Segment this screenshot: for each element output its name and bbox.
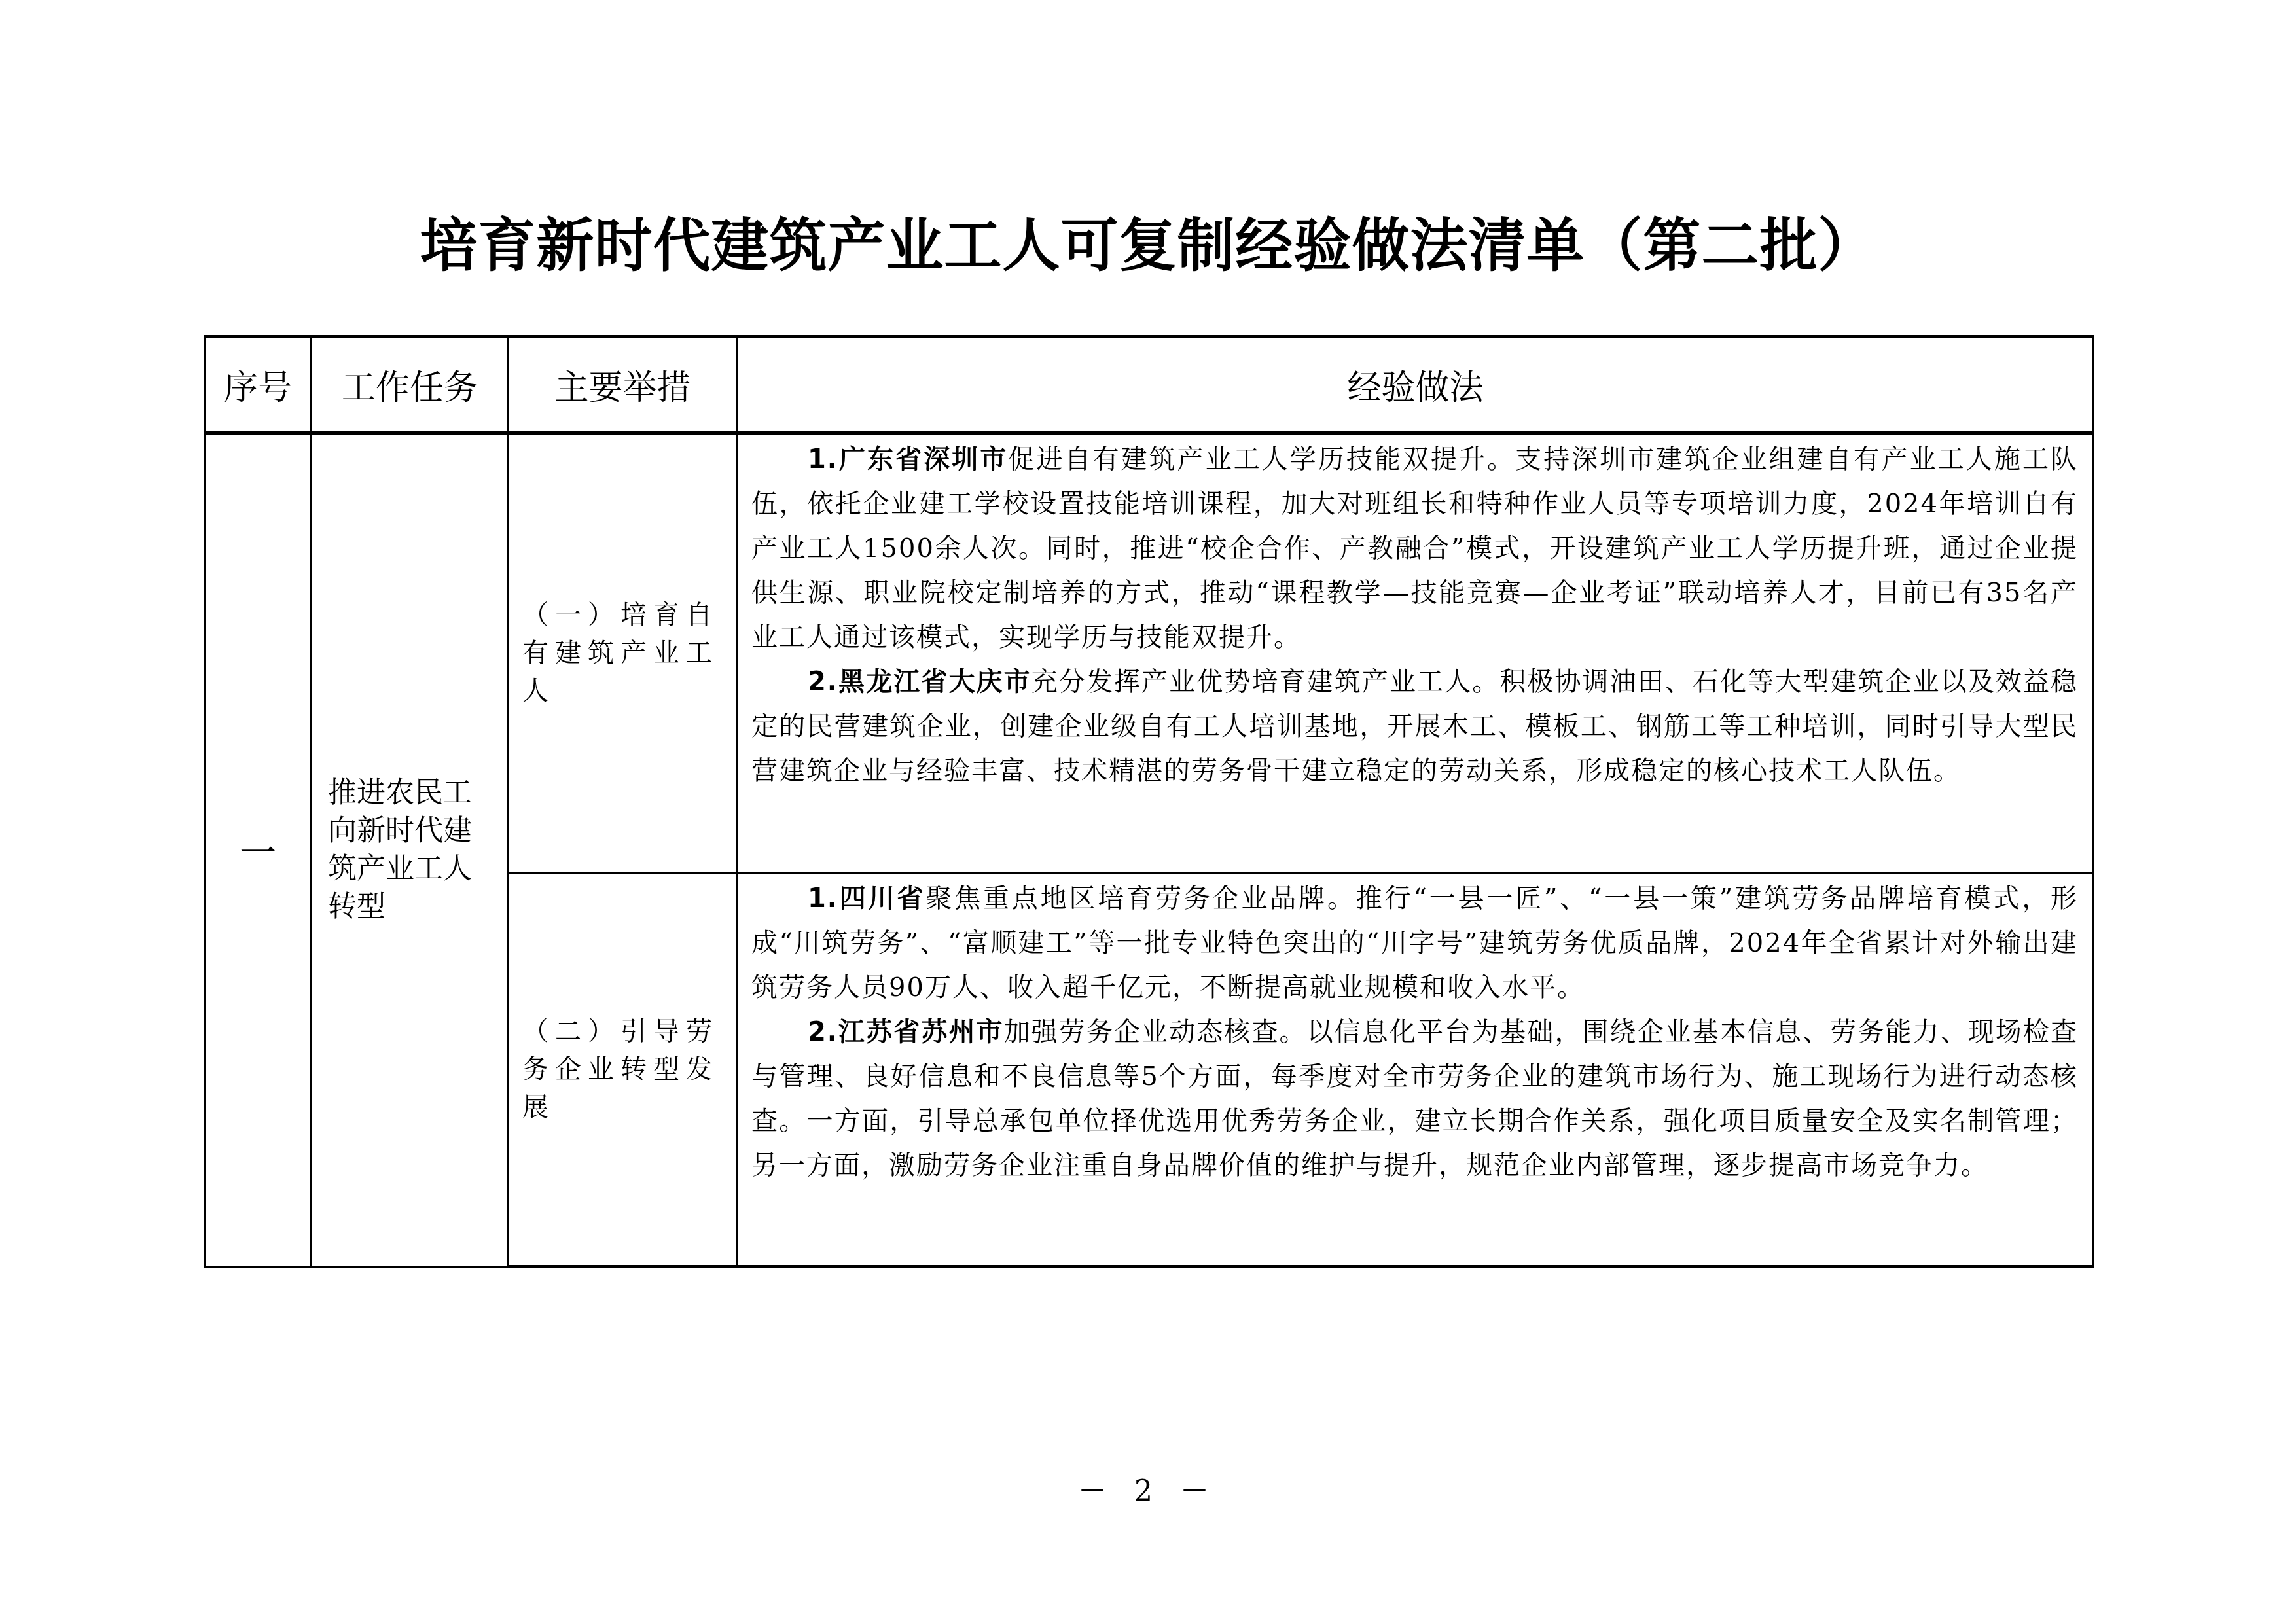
table-row: 一 推进农民工向新时代建筑产业工人转型 （一）培育自有建筑产业工人 1.广东省深… — [205, 433, 2094, 873]
practice-item: 1.广东省深圳市促进自有建筑产业工人学历技能双提升。支持深圳市建筑企业组建自有产… — [751, 437, 2078, 660]
practice-lead: 2.江苏省苏州市 — [808, 1017, 1004, 1047]
practice-cell: 1.广东省深圳市促进自有建筑产业工人学历技能双提升。支持深圳市建筑企业组建自有产… — [738, 433, 2094, 873]
practice-cell: 1.四川省聚焦重点地区培育劳务企业品牌。推行“一县一匠”、“一县一策”建筑劳务品… — [738, 873, 2094, 1267]
practice-text: 聚焦重点地区培育劳务企业品牌。推行“一县一匠”、“一县一策”建筑劳务品牌培育模式… — [751, 883, 2078, 1003]
experience-table: 序号 工作任务 主要举措 经验做法 一 推进农民工向新时代建筑产业工人转型 （一… — [204, 335, 2094, 1268]
practice-item: 1.四川省聚焦重点地区培育劳务企业品牌。推行“一县一匠”、“一县一策”建筑劳务品… — [751, 876, 2078, 1010]
table-header-row: 序号 工作任务 主要举措 经验做法 — [205, 336, 2094, 433]
header-measure: 主要举措 — [509, 336, 738, 433]
seq-cell: 一 — [205, 433, 312, 1267]
task-cell: 推进农民工向新时代建筑产业工人转型 — [312, 433, 509, 1267]
practice-lead: 1.四川省 — [808, 883, 925, 914]
measure-cell: （一）培育自有建筑产业工人 — [509, 433, 738, 873]
document-title: 培育新时代建筑产业工人可复制经验做法清单（第二批） — [0, 216, 2296, 274]
header-task: 工作任务 — [312, 336, 509, 433]
practice-text: 促进自有建筑产业工人学历技能双提升。支持深圳市建筑企业组建自有产业工人施工队伍，… — [751, 444, 2078, 652]
practice-item: 2.黑龙江省大庆市充分发挥产业优势培育建筑产业工人。积极协调油田、石化等大型建筑… — [751, 660, 2078, 793]
header-seq: 序号 — [205, 336, 312, 433]
practice-lead: 2.黑龙江省大庆市 — [808, 667, 1031, 697]
page-number: － 2 － — [0, 1467, 2296, 1509]
measure-cell: （二）引导劳务企业转型发展 — [509, 873, 738, 1267]
practice-lead: 1.广东省深圳市 — [808, 444, 1008, 474]
header-practice: 经验做法 — [738, 336, 2094, 433]
practice-item: 2.江苏省苏州市加强劳务企业动态核查。以信息化平台为基础，围绕企业基本信息、劳务… — [751, 1010, 2078, 1188]
